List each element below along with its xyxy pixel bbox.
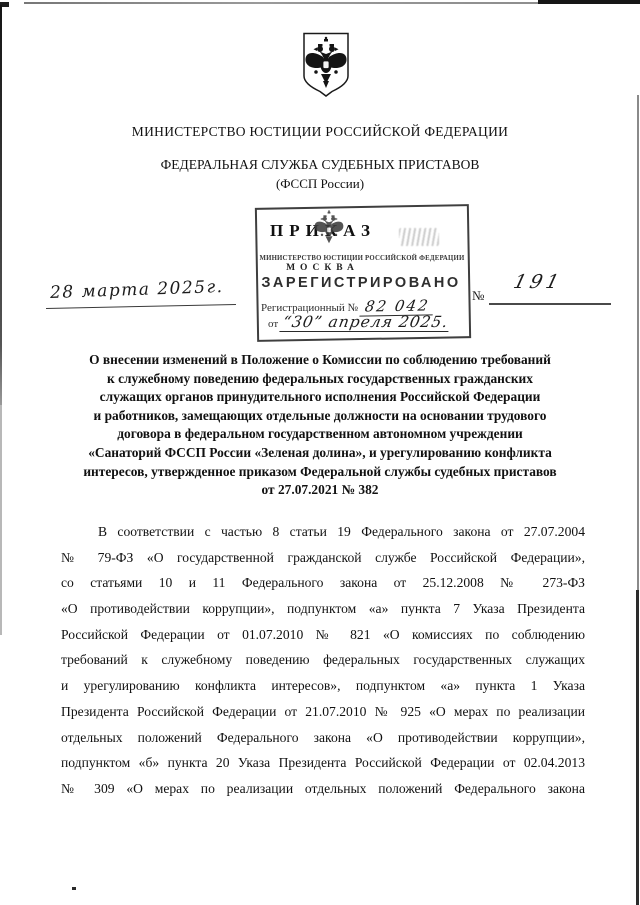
- title-line: к служебному поведению федеральных госуд…: [58, 370, 582, 389]
- stamp-registered-label: ЗАРЕГИСТРИРОВАНО: [258, 275, 464, 291]
- stamp-date-prefix: от: [268, 318, 278, 330]
- title-line: и работников, замещающих отдельные должн…: [58, 407, 582, 426]
- body-line: со статьями 10 и 11 Федерального закона …: [61, 570, 585, 596]
- title-line: «Санаторий ФССП России «Зеленая долина»,…: [58, 444, 582, 463]
- body-line: В соответствии с частью 8 статьи 19 Феде…: [61, 519, 585, 545]
- stamp-date-value: “30” апреля 2025.: [279, 313, 452, 332]
- date-underline: [46, 304, 236, 309]
- ink-dot: [72, 887, 76, 890]
- body-line: и урегулированию конфликта интересов», п…: [61, 673, 585, 699]
- title-line: интересов, утвержденное приказом Федерал…: [58, 463, 582, 482]
- title-line: договора в федеральном государственном а…: [58, 425, 582, 444]
- body-line: подпунктом «б» пункта 20 Указа Президент…: [61, 750, 585, 776]
- stamp-ministry-line: МИНИСТЕРСТВО ЮСТИЦИИ РОССИЙСКОЙ ФЕДЕРАЦИ…: [254, 255, 470, 262]
- stamp-eagle-icon: [311, 209, 347, 251]
- scan-edge-left-lower: [0, 405, 2, 635]
- number-underline: [489, 303, 611, 305]
- title-line: от 27.07.2021 № 382: [58, 481, 582, 500]
- coat-of-arms-icon: [301, 32, 351, 98]
- ministry-title: МИНИСТЕРСТВО ЮСТИЦИИ РОССИЙСКОЙ ФЕДЕРАЦИ…: [0, 124, 640, 140]
- handwritten-order-date: 28 марта 2025г.: [50, 277, 224, 303]
- doc-number-value: 191: [511, 271, 565, 293]
- agency-abbr: (ФССП России): [0, 176, 640, 192]
- order-body: В соответствии с частью 8 статьи 19 Феде…: [61, 519, 585, 802]
- body-line: Российской Федерации от 01.07.2010 № 821…: [61, 622, 585, 648]
- scan-edge-top-right: [538, 0, 640, 4]
- body-line: Президента Российской Федерации от 21.07…: [61, 699, 585, 725]
- scanned-order-page: МИНИСТЕРСТВО ЮСТИЦИИ РОССИЙСКОЙ ФЕДЕРАЦИ…: [0, 0, 640, 905]
- stamp-date-line: от “30” апреля 2025.: [268, 313, 450, 332]
- scan-edge-left: [0, 5, 2, 405]
- body-line: «О противодействии коррупции», подпункто…: [61, 596, 585, 622]
- body-line: требований к служебному поведению федера…: [61, 647, 585, 673]
- title-line: О внесении изменений в Положение о Комис…: [58, 351, 582, 370]
- scan-edge-right-lower: [636, 590, 639, 905]
- body-line: № 79-ФЗ «О государственной гражданской с…: [61, 545, 585, 571]
- agency-title: ФЕДЕРАЛЬНАЯ СЛУЖБА СУДЕБНЫХ ПРИСТАВОВ: [0, 157, 640, 173]
- stamp-smudge: [399, 228, 439, 246]
- doc-number-label: №: [472, 288, 484, 304]
- body-line: № 309 «О мерах по реализации отдельных п…: [61, 776, 585, 802]
- title-line: служащих органов принудительного исполне…: [58, 388, 582, 407]
- body-line: отдельных положений Федерального закона …: [61, 725, 585, 751]
- order-title: О внесении изменений в Положение о Комис…: [58, 351, 582, 500]
- scan-edge-top: [24, 2, 610, 4]
